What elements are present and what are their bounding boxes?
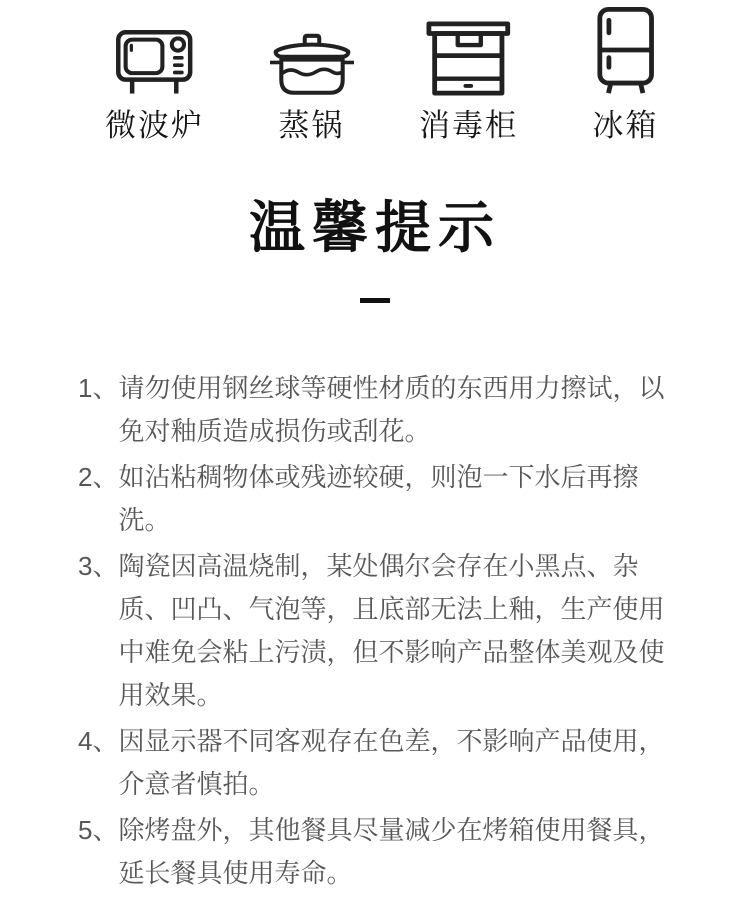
appliance-item-microwave: 微波炉 [76,8,233,144]
tip-number: 3、 [78,545,118,717]
appliance-item-steamer: 蒸锅 [233,8,390,144]
product-care-page: 微波炉 蒸锅 [0,0,750,900]
appliance-item-fridge: 冰箱 [547,8,704,144]
tip-text: 除烤盘外，其他餐具尽量减少在烤箱使用餐具，延长餐具使用寿命。 [118,809,690,895]
steamer-pot-icon [270,8,354,96]
appliance-item-cabinet: 消毒柜 [390,8,547,144]
tip-item-1: 1、 请勿使用钢丝球等硬性材质的东西用力擦试，以免对釉质造成损伤或刮花。 [78,367,690,453]
title-dash [360,298,390,303]
appliance-compat-row: 微波炉 蒸锅 [0,0,750,144]
microwave-icon [115,8,193,96]
tip-item-2: 2、 如沾粘稠物体或残迹较硬，则泡一下水后再擦洗。 [78,456,690,542]
appliance-label-microwave: 微波炉 [105,108,204,144]
tip-text: 因显示器不同客观存在色差，不影响产品使用，介意者慎拍。 [118,720,690,806]
appliance-label-fridge: 冰箱 [593,108,659,144]
tip-number: 2、 [78,456,118,542]
tip-text: 请勿使用钢丝球等硬性材质的东西用力擦试，以免对釉质造成损伤或刮花。 [118,367,690,453]
tip-text: 如沾粘稠物体或残迹较硬，则泡一下水后再擦洗。 [118,456,690,542]
disinfection-cabinet-icon [426,8,511,96]
tip-number: 4、 [78,720,118,806]
tips-list: 1、 请勿使用钢丝球等硬性材质的东西用力擦试，以免对釉质造成损伤或刮花。 2、 … [78,367,690,895]
tip-text: 陶瓷因高温烧制，某处偶尔会存在小黑点、杂质、凹凸、气泡等，且底部无法上釉，生产使… [118,545,690,717]
tips-title: 温馨提示 [0,200,750,256]
refrigerator-icon [596,8,655,96]
appliance-label-steamer: 蒸锅 [279,108,345,144]
tip-number: 5、 [78,809,118,895]
tip-number: 1、 [78,367,118,453]
tip-item-4: 4、 因显示器不同客观存在色差，不影响产品使用，介意者慎拍。 [78,720,690,806]
appliance-label-cabinet: 消毒柜 [419,108,518,144]
tip-item-3: 3、 陶瓷因高温烧制，某处偶尔会存在小黑点、杂质、凹凸、气泡等，且底部无法上釉，… [78,545,690,717]
tip-item-5: 5、 除烤盘外，其他餐具尽量减少在烤箱使用餐具，延长餐具使用寿命。 [78,809,690,895]
